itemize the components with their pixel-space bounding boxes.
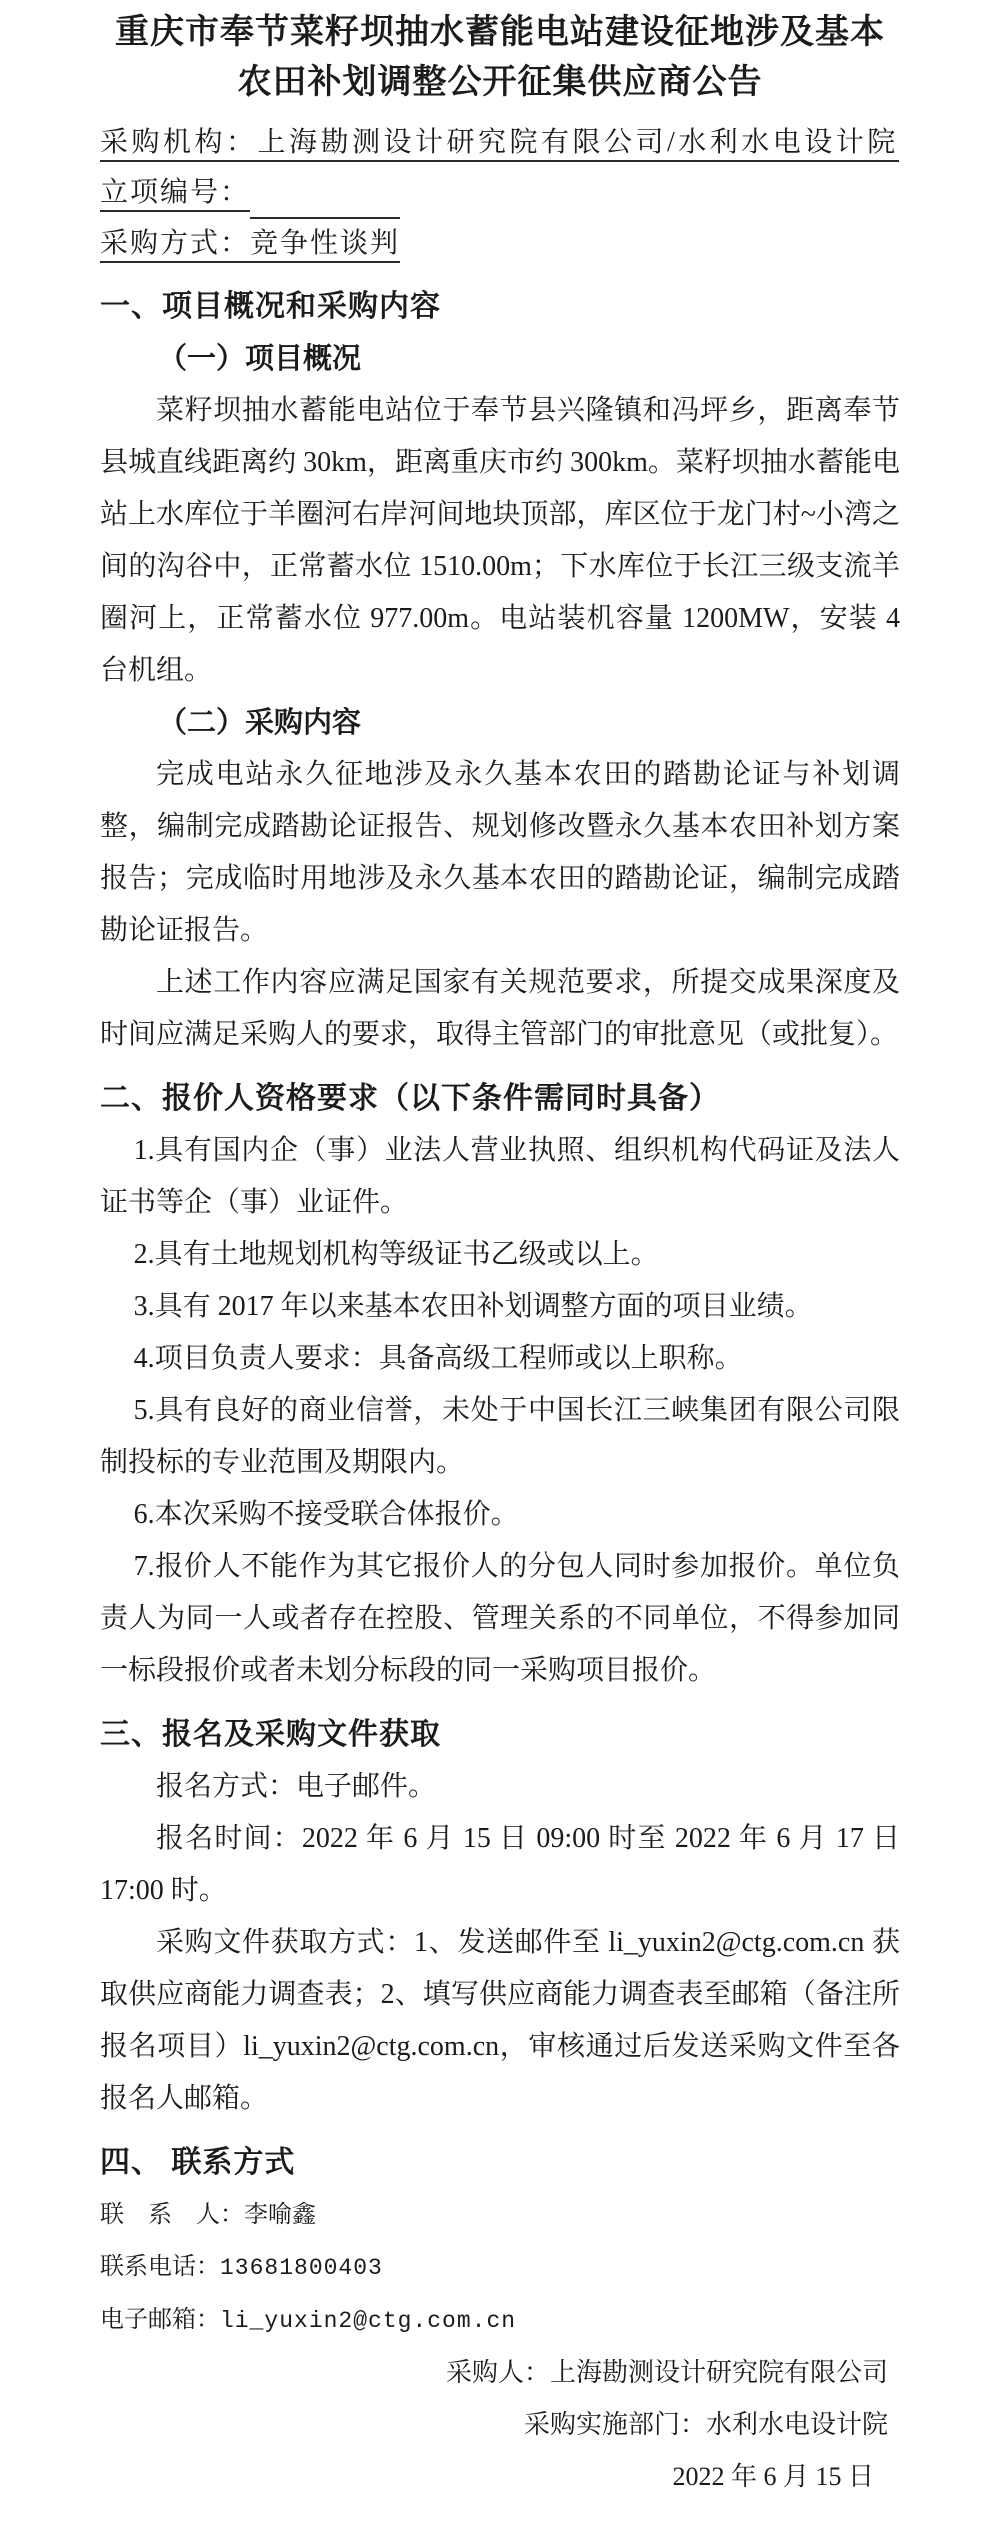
section-3-heading: 三、报名及采购文件获取: [100, 1709, 900, 1761]
document-page: 重庆市奉节菜籽坝抽水蓄能电站建设征地涉及基本农田补划调整公开征集供应商公告 采购…: [0, 0, 1000, 2533]
contact-email-line: 电子邮箱：li_yuxin2@ctg.com.cn: [100, 2294, 900, 2347]
contact-person-line: 联 系 人：李喻鑫: [100, 2189, 900, 2241]
section-1-subheading-overview: （一）项目概况: [100, 333, 900, 385]
meta-agency-text: 采购机构：上海勘测设计研究院有限公司/水利水电设计院: [100, 127, 899, 162]
document-acquisition-paragraph: 采购文件获取方式：1、发送邮件至 li_yuxin2@ctg.com.cn 获取…: [100, 1917, 900, 2125]
purchaser-line: 采购人：上海勘测设计研究院有限公司: [100, 2347, 888, 2399]
announcement-date: 2022 年 6 月 15 日: [100, 2451, 888, 2503]
procurement-content-paragraph: 完成电站永久征地涉及永久基本农田的踏勘论证与补划调整，编制完成踏勘论证报告、规划…: [100, 749, 900, 957]
section-1-heading: 一、项目概况和采购内容: [100, 281, 900, 333]
qualification-item-1: 1.具有国内企（事）业法人营业执照、组织机构代码证及法人证书等企（事）业证件。: [100, 1125, 900, 1229]
requirements-note-paragraph: 上述工作内容应满足国家有关规范要求，所提交成果深度及时间应满足采购人的要求，取得…: [100, 957, 900, 1061]
contact-email-label: 电子邮箱：: [100, 2307, 220, 2333]
contact-person-value: 李喻鑫: [244, 2202, 316, 2228]
registration-method-paragraph: 报名方式：电子邮件。: [100, 1761, 900, 1813]
meta-method-line: 采购方式：竞争性谈判: [100, 219, 900, 269]
qualification-item-2: 2.具有土地规划机构等级证书乙级或以上。: [100, 1229, 900, 1281]
contact-email-value: li_yuxin2@ctg.com.cn: [220, 2308, 516, 2334]
meta-agency-value: 上海勘测设计研究院有限公司/水利水电设计院: [258, 127, 899, 158]
qualification-item-4: 4.项目负责人要求：具备高级工程师或以上职称。: [100, 1333, 900, 1385]
meta-agency-label: 采购机构：: [100, 127, 258, 158]
contact-phone-value: 13681800403: [220, 2255, 383, 2281]
meta-method-value: 竞争性谈判: [250, 228, 400, 259]
contact-person-label: 联 系 人：: [100, 2202, 244, 2228]
section-2-heading: 二、报价人资格要求（以下条件需同时具备）: [100, 1073, 900, 1125]
signature-block: 采购人：上海勘测设计研究院有限公司 采购实施部门：水利水电设计院 2022 年 …: [100, 2347, 900, 2503]
contact-phone-line: 联系电话：13681800403: [100, 2241, 900, 2294]
contact-block: 联 系 人：李喻鑫 联系电话：13681800403 电子邮箱：li_yuxin…: [100, 2189, 900, 2347]
meta-project-no-label: 立项编号：: [100, 177, 250, 212]
section-4-heading: 四、 联系方式: [100, 2137, 900, 2189]
meta-method-label: 采购方式：: [100, 228, 250, 259]
meta-method-text: 采购方式：竞争性谈判: [100, 228, 400, 263]
contact-phone-label: 联系电话：: [100, 2254, 220, 2280]
document-title: 重庆市奉节菜籽坝抽水蓄能电站建设征地涉及基本农田补划调整公开征集供应商公告: [100, 8, 900, 108]
meta-agency-line: 采购机构：上海勘测设计研究院有限公司/水利水电设计院: [100, 118, 900, 168]
qualification-item-3: 3.具有 2017 年以来基本农田补划调整方面的项目业绩。: [100, 1281, 900, 1333]
qualification-item-5: 5.具有良好的商业信誉，未处于中国长江三峡集团有限公司限制投标的专业范围及期限内…: [100, 1385, 900, 1489]
implementing-department-line: 采购实施部门：水利水电设计院: [100, 2399, 888, 2451]
section-1-subheading-content: （二）采购内容: [100, 697, 900, 749]
meta-project-no-blank: [250, 187, 400, 219]
qualification-item-6: 6.本次采购不接受联合体报价。: [100, 1489, 900, 1541]
registration-time-paragraph: 报名时间：2022 年 6 月 15 日 09:00 时至 2022 年 6 月…: [100, 1813, 900, 1917]
project-overview-paragraph: 菜籽坝抽水蓄能电站位于奉节县兴隆镇和冯坪乡，距离奉节县城直线距离约 30km，距…: [100, 385, 900, 697]
qualification-item-7: 7.报价人不能作为其它报价人的分包人同时参加报价。单位负责人为同一人或者存在控股…: [100, 1541, 900, 1697]
meta-project-no-line: 立项编号：: [100, 168, 900, 219]
